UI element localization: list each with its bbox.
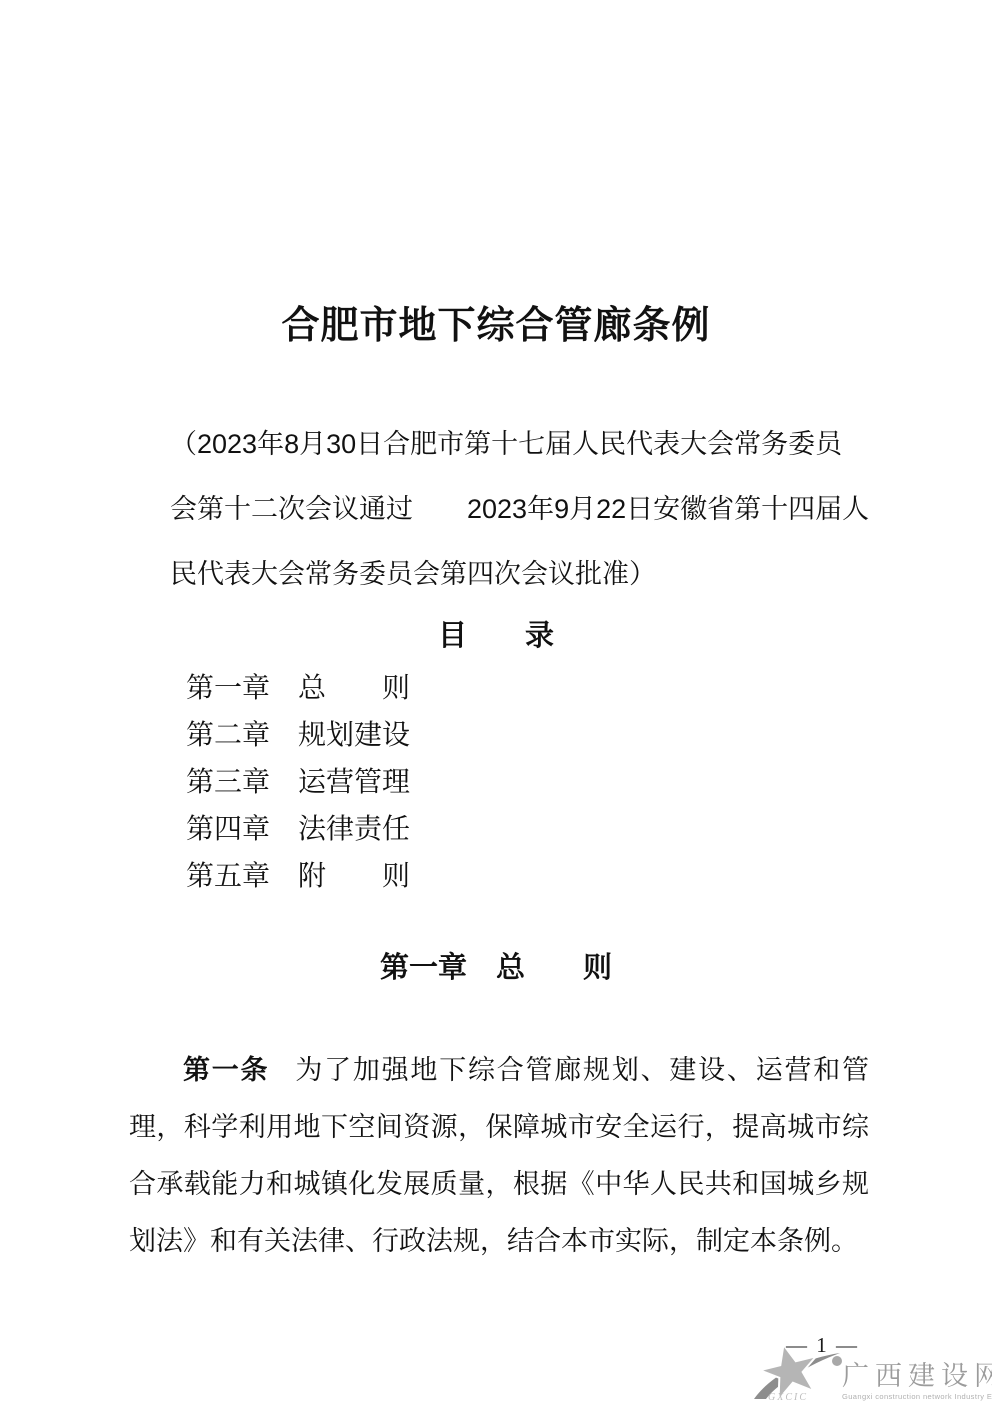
toc-chapter-label: 第五章 <box>186 860 270 891</box>
table-of-contents: 第一章总 则 第二章规划建设 第三章运营管理 第四章法律责任 第五章附 则 <box>186 664 410 899</box>
article-1-paragraph: 第一条为了加强地下综合管廊规划、建设、运营和管理，科学利用地下空间资源，保障城市… <box>129 1042 869 1270</box>
preamble-block: （2023年8月30日合肥市第十七届人民代表大会常务委员 会第十二次会议通过 2… <box>170 412 880 607</box>
toc-item: 第四章法律责任 <box>186 805 410 852</box>
preamble-line: （2023年8月30日合肥市第十七届人民代表大会常务委员 <box>170 412 880 477</box>
watermark-subtitle: Guangxi construction network Industry Ed… <box>842 1392 992 1402</box>
toc-chapter-title: 附 则 <box>298 860 410 891</box>
watermark-site-name: 广西建设网 <box>842 1362 992 1390</box>
toc-item: 第三章运营管理 <box>186 758 410 805</box>
toc-item: 第一章总 则 <box>186 664 410 711</box>
toc-item: 第五章附 则 <box>186 852 410 899</box>
preamble-line: 会第十二次会议通过 2023年9月22日安徽省第十四届人 <box>170 477 880 542</box>
toc-chapter-label: 第四章 <box>186 813 270 844</box>
article-1-label: 第一条 <box>183 1055 269 1085</box>
toc-chapter-title: 规划建设 <box>298 719 410 750</box>
preamble-line: 民代表大会常务委员会第四次会议批准） <box>170 542 880 607</box>
logo-mark-text: GXCIC <box>768 1392 808 1403</box>
toc-chapter-title: 运营管理 <box>298 766 410 797</box>
toc-heading: 目 录 <box>0 614 992 658</box>
toc-item: 第二章规划建设 <box>186 711 410 758</box>
chapter-1-heading: 第一章 总 则 <box>0 946 992 990</box>
toc-chapter-title: 法律责任 <box>298 813 410 844</box>
watermark-text-block: 广西建设网 Guangxi construction network Indus… <box>842 1362 992 1403</box>
page-number: — 1 — <box>786 1333 859 1358</box>
document-title: 合肥市地下综合管廊条例 <box>0 294 992 349</box>
toc-chapter-label: 第二章 <box>186 719 270 750</box>
toc-chapter-label: 第三章 <box>186 766 270 797</box>
article-1-text: 为了加强地下综合管廊规划、建设、运营和管理，科学利用地下空间资源，保障城市安全运… <box>129 1055 869 1256</box>
toc-chapter-label: 第一章 <box>186 672 270 703</box>
toc-chapter-title: 总 则 <box>298 672 410 703</box>
document-page: 合肥市地下综合管廊条例 （2023年8月30日合肥市第十七届人民代表大会常务委员… <box>0 0 992 1403</box>
